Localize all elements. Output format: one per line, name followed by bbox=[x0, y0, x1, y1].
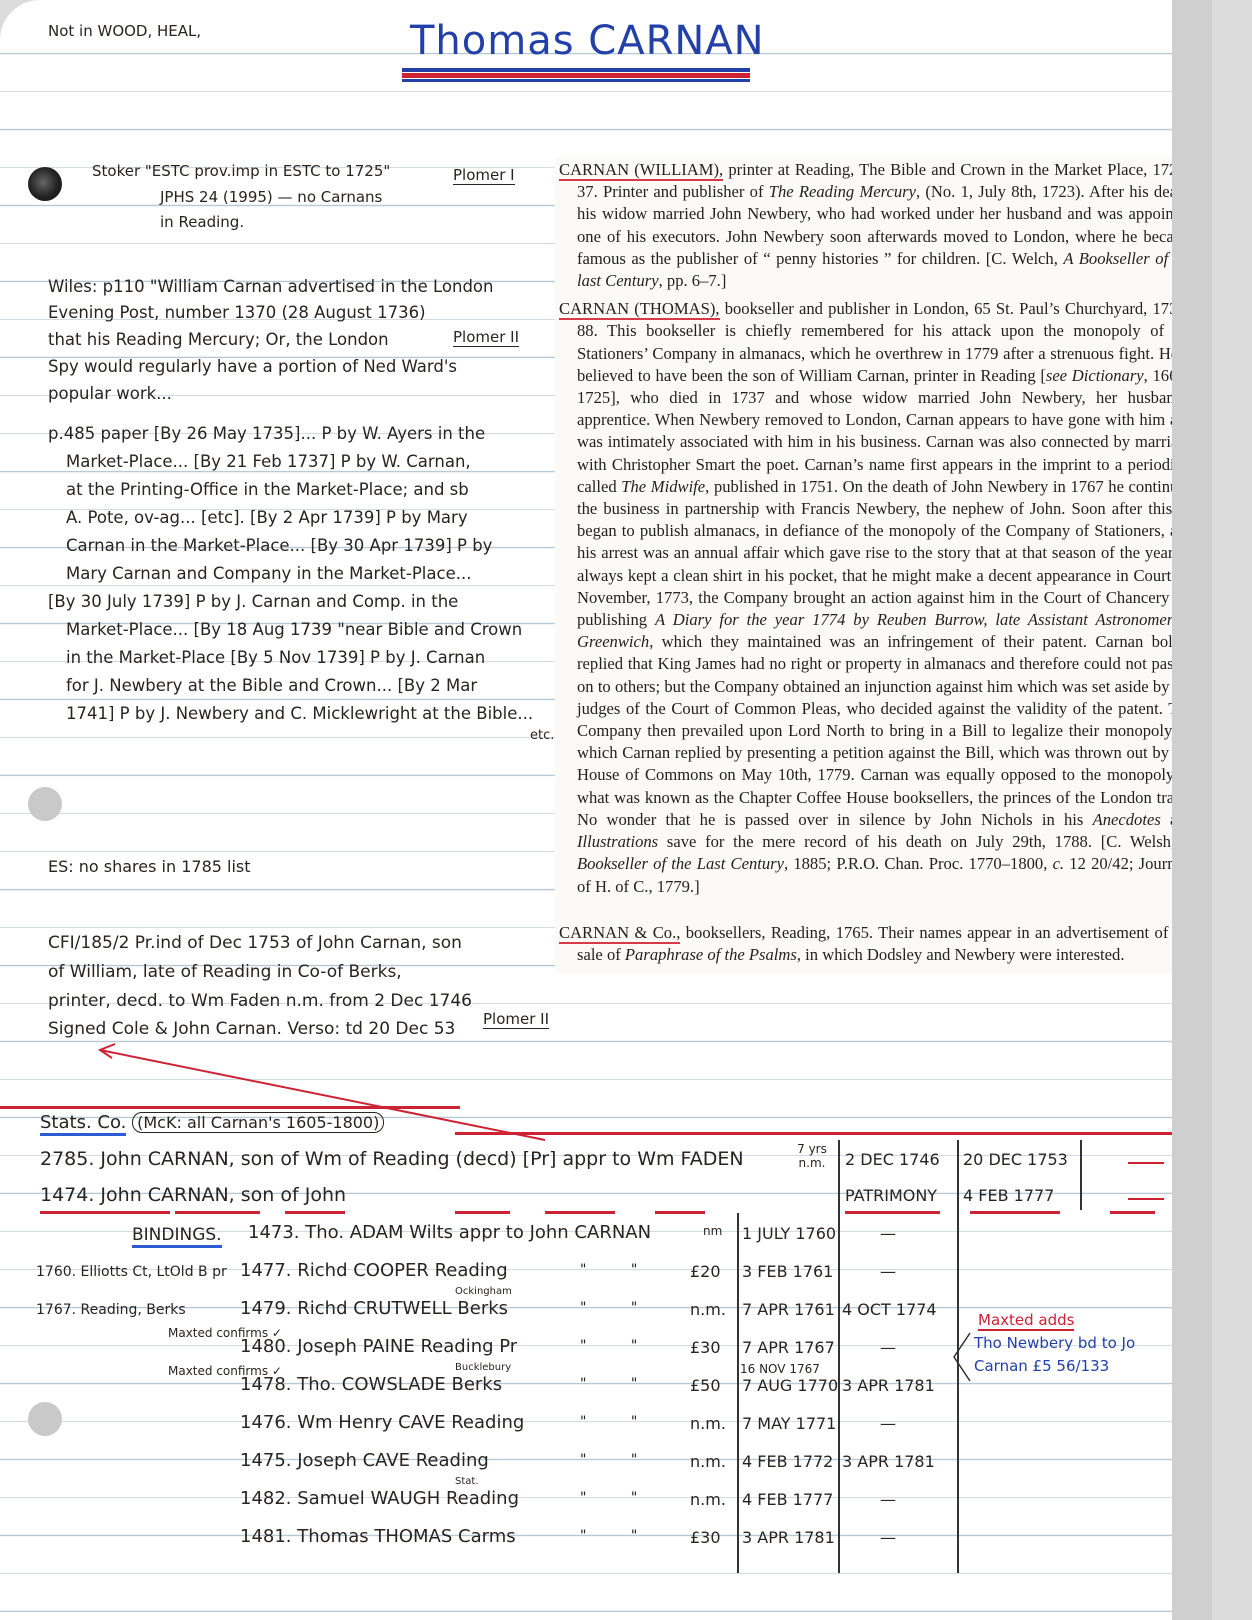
stats-entry: 1474. John CARNAN, son of John bbox=[40, 1184, 346, 1206]
ditto-marks: " " bbox=[580, 1300, 637, 1316]
ditto-marks: " " bbox=[580, 1528, 637, 1544]
red-underline bbox=[455, 1211, 510, 1214]
freed-date: — bbox=[880, 1224, 896, 1243]
binding-entry: 1476. Wm Henry CAVE Reading bbox=[240, 1412, 524, 1433]
ditto-marks: " " bbox=[580, 1414, 637, 1430]
red-underline bbox=[95, 1211, 170, 1214]
red-underline bbox=[970, 1211, 1060, 1214]
red-dash bbox=[1128, 1162, 1164, 1164]
binding-left-note: 1767. Reading, Berks bbox=[36, 1302, 186, 1318]
column-divider bbox=[838, 1140, 840, 1573]
maxted-note: Tho Newbery bd to Jo bbox=[974, 1334, 1135, 1352]
binding-entry: 1478. Tho. COWSLADE Berks bbox=[240, 1374, 502, 1395]
bound-date: 7 APR 1761 bbox=[742, 1300, 835, 1319]
binding-fee: £20 bbox=[690, 1262, 721, 1281]
freed-date: — bbox=[880, 1338, 896, 1357]
binding-fee: £50 bbox=[690, 1376, 721, 1395]
binding-fee: £30 bbox=[690, 1528, 721, 1547]
red-underline bbox=[545, 1211, 615, 1214]
binding-place-note: Stat. bbox=[455, 1476, 479, 1487]
binding-fee: £30 bbox=[690, 1338, 721, 1357]
binding-entry: 1475. Joseph CAVE Reading bbox=[240, 1450, 489, 1471]
column-divider bbox=[737, 1213, 739, 1573]
bound-date: 4 FEB 1777 bbox=[742, 1490, 833, 1509]
bracket-mark bbox=[948, 1325, 978, 1385]
ditto-marks: " " bbox=[580, 1262, 637, 1278]
red-underline bbox=[1110, 1211, 1155, 1214]
bindings-label: BINDINGS. bbox=[132, 1225, 222, 1245]
page-edge bbox=[1172, 0, 1212, 1620]
ditto-marks: " " bbox=[580, 1376, 637, 1392]
divider-red bbox=[455, 1132, 1212, 1135]
stats-entry: 2785. John CARNAN, son of Wm of Reading … bbox=[40, 1148, 744, 1170]
red-underline bbox=[285, 1211, 345, 1214]
binding-entry: 1479. Richd CRUTWELL Berks bbox=[240, 1298, 508, 1319]
freed-date: 4 OCT 1774 bbox=[842, 1300, 937, 1319]
freed-date: — bbox=[880, 1490, 896, 1509]
ditto-marks: " " bbox=[580, 1490, 637, 1506]
entry-date1: 2 DEC 1746 bbox=[845, 1150, 940, 1169]
red-dash bbox=[1128, 1198, 1164, 1200]
bound-date: 7 AUG 1770 bbox=[742, 1376, 838, 1395]
term: 7 yrs n.m. bbox=[792, 1142, 832, 1170]
red-underline bbox=[845, 1211, 940, 1214]
binding-fee: n.m. bbox=[690, 1414, 726, 1433]
bound-date: 7 MAY 1771 bbox=[742, 1414, 836, 1433]
bound-date: 3 APR 1781 bbox=[742, 1528, 835, 1547]
column-divider bbox=[1080, 1140, 1082, 1210]
binding-left-note: 1760. Elliotts Ct, LtOld B pr bbox=[36, 1264, 227, 1280]
binding-entry: 1482. Samuel WAUGH Reading bbox=[240, 1488, 519, 1509]
entry-date2: 4 FEB 1777 bbox=[963, 1186, 1054, 1205]
binding-place-note: Bucklebury bbox=[455, 1362, 511, 1373]
bound-date: 1 JULY 1760 bbox=[742, 1224, 836, 1243]
binding-fee: n.m. bbox=[690, 1452, 726, 1471]
binding-entry: 1473. Tho. ADAM Wilts appr to John CARNA… bbox=[248, 1222, 651, 1243]
freed-date: — bbox=[880, 1528, 896, 1547]
binding-entry: 1481. Thomas THOMAS Carms bbox=[240, 1526, 516, 1547]
binding-entry: 1480. Joseph PAINE Reading Pr bbox=[240, 1336, 517, 1357]
freed-date: — bbox=[880, 1414, 896, 1433]
red-underline bbox=[175, 1211, 260, 1214]
maxted-note: Carnan £5 56/133 bbox=[974, 1357, 1109, 1375]
stats-co-heading: Stats. Co. (McK: all Carnan's 1605-1800) bbox=[40, 1112, 384, 1133]
bound-date-note: 16 NOV 1767 bbox=[740, 1362, 820, 1376]
binding-fee: n.m. bbox=[690, 1490, 726, 1509]
entry-date2: 20 DEC 1753 bbox=[963, 1150, 1068, 1169]
red-underline bbox=[40, 1211, 100, 1214]
binding-place-note: Ockingham bbox=[455, 1286, 512, 1297]
bound-date: 4 FEB 1772 bbox=[742, 1452, 833, 1471]
bound-date: 3 FEB 1761 bbox=[742, 1262, 833, 1281]
maxted-adds: Maxted adds bbox=[978, 1311, 1074, 1331]
entry-date1: PATRIMONY bbox=[845, 1186, 937, 1205]
binding-fee: n.m. bbox=[690, 1300, 726, 1319]
red-underline bbox=[655, 1211, 705, 1214]
bound-date: 7 APR 1767 bbox=[742, 1338, 835, 1357]
ditto-marks: " " bbox=[580, 1452, 637, 1468]
freed-date: 3 APR 1781 bbox=[842, 1376, 935, 1395]
divider-red bbox=[0, 1106, 460, 1109]
freed-date: — bbox=[880, 1262, 896, 1281]
binding-fee: nm bbox=[703, 1224, 722, 1238]
notebook-page: Not in WOOD, HEAL, Thomas CARNAN Stoker … bbox=[0, 0, 1212, 1620]
binding-entry: 1477. Richd COOPER Reading bbox=[240, 1260, 508, 1281]
ditto-marks: " " bbox=[580, 1338, 637, 1354]
freed-date: 3 APR 1781 bbox=[842, 1452, 935, 1471]
